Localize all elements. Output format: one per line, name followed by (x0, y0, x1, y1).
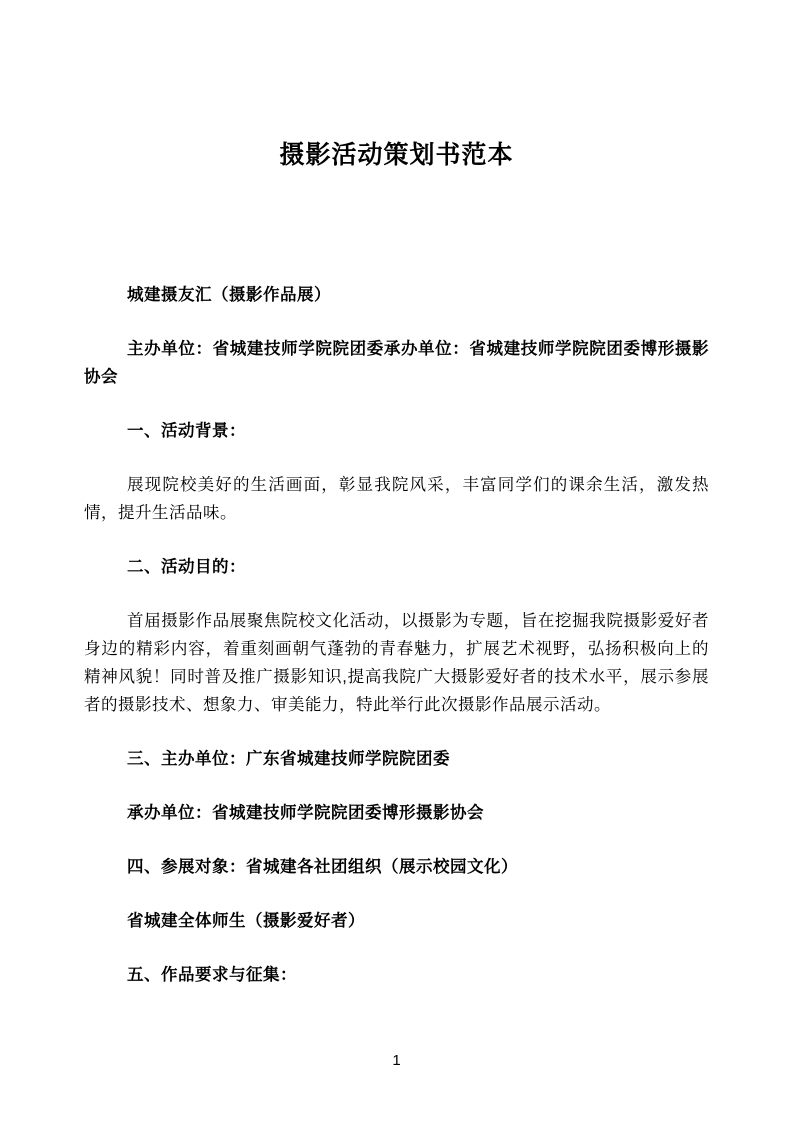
section-5-heading: 五、作品要求与征集： (84, 961, 709, 989)
section-3-heading: 三、主办单位：广东省城建技师学院院团委 (84, 745, 709, 773)
doc-subtitle: 城建摄友汇（摄影作品展） (84, 281, 709, 309)
section-3-undertaker-line: 承办单位：省城建技师学院院团委博形摄影协会 (84, 799, 709, 827)
section-1-heading: 一、活动背景： (84, 417, 709, 445)
page-number: 1 (0, 1052, 793, 1069)
section-2-heading: 二、活动目的： (84, 553, 709, 581)
organizer-line: 主办单位：省城建技师学院院团委承办单位：省城建技师学院院团委博形摄影协会 (84, 335, 709, 391)
document-page: 摄影活动策划书范本 城建摄友汇（摄影作品展） 主办单位：省城建技师学院院团委承办… (0, 0, 793, 1122)
document-title: 摄影活动策划书范本 (0, 0, 793, 173)
section-4-participants-line: 省城建全体师生（摄影爱好者） (84, 907, 709, 935)
section-1-body: 展现院校美好的生活画面，彰显我院风采，丰富同学们的课余生活，激发热情，提升生活品… (84, 471, 709, 527)
document-body: 城建摄友汇（摄影作品展） 主办单位：省城建技师学院院团委承办单位：省城建技师学院… (0, 281, 793, 989)
section-2-body: 首届摄影作品展聚焦院校文化活动，以摄影为专题，旨在挖掘我院摄影爱好者身边的精彩内… (84, 607, 709, 719)
section-4-heading: 四、参展对象：省城建各社团组织（展示校园文化） (84, 853, 709, 881)
